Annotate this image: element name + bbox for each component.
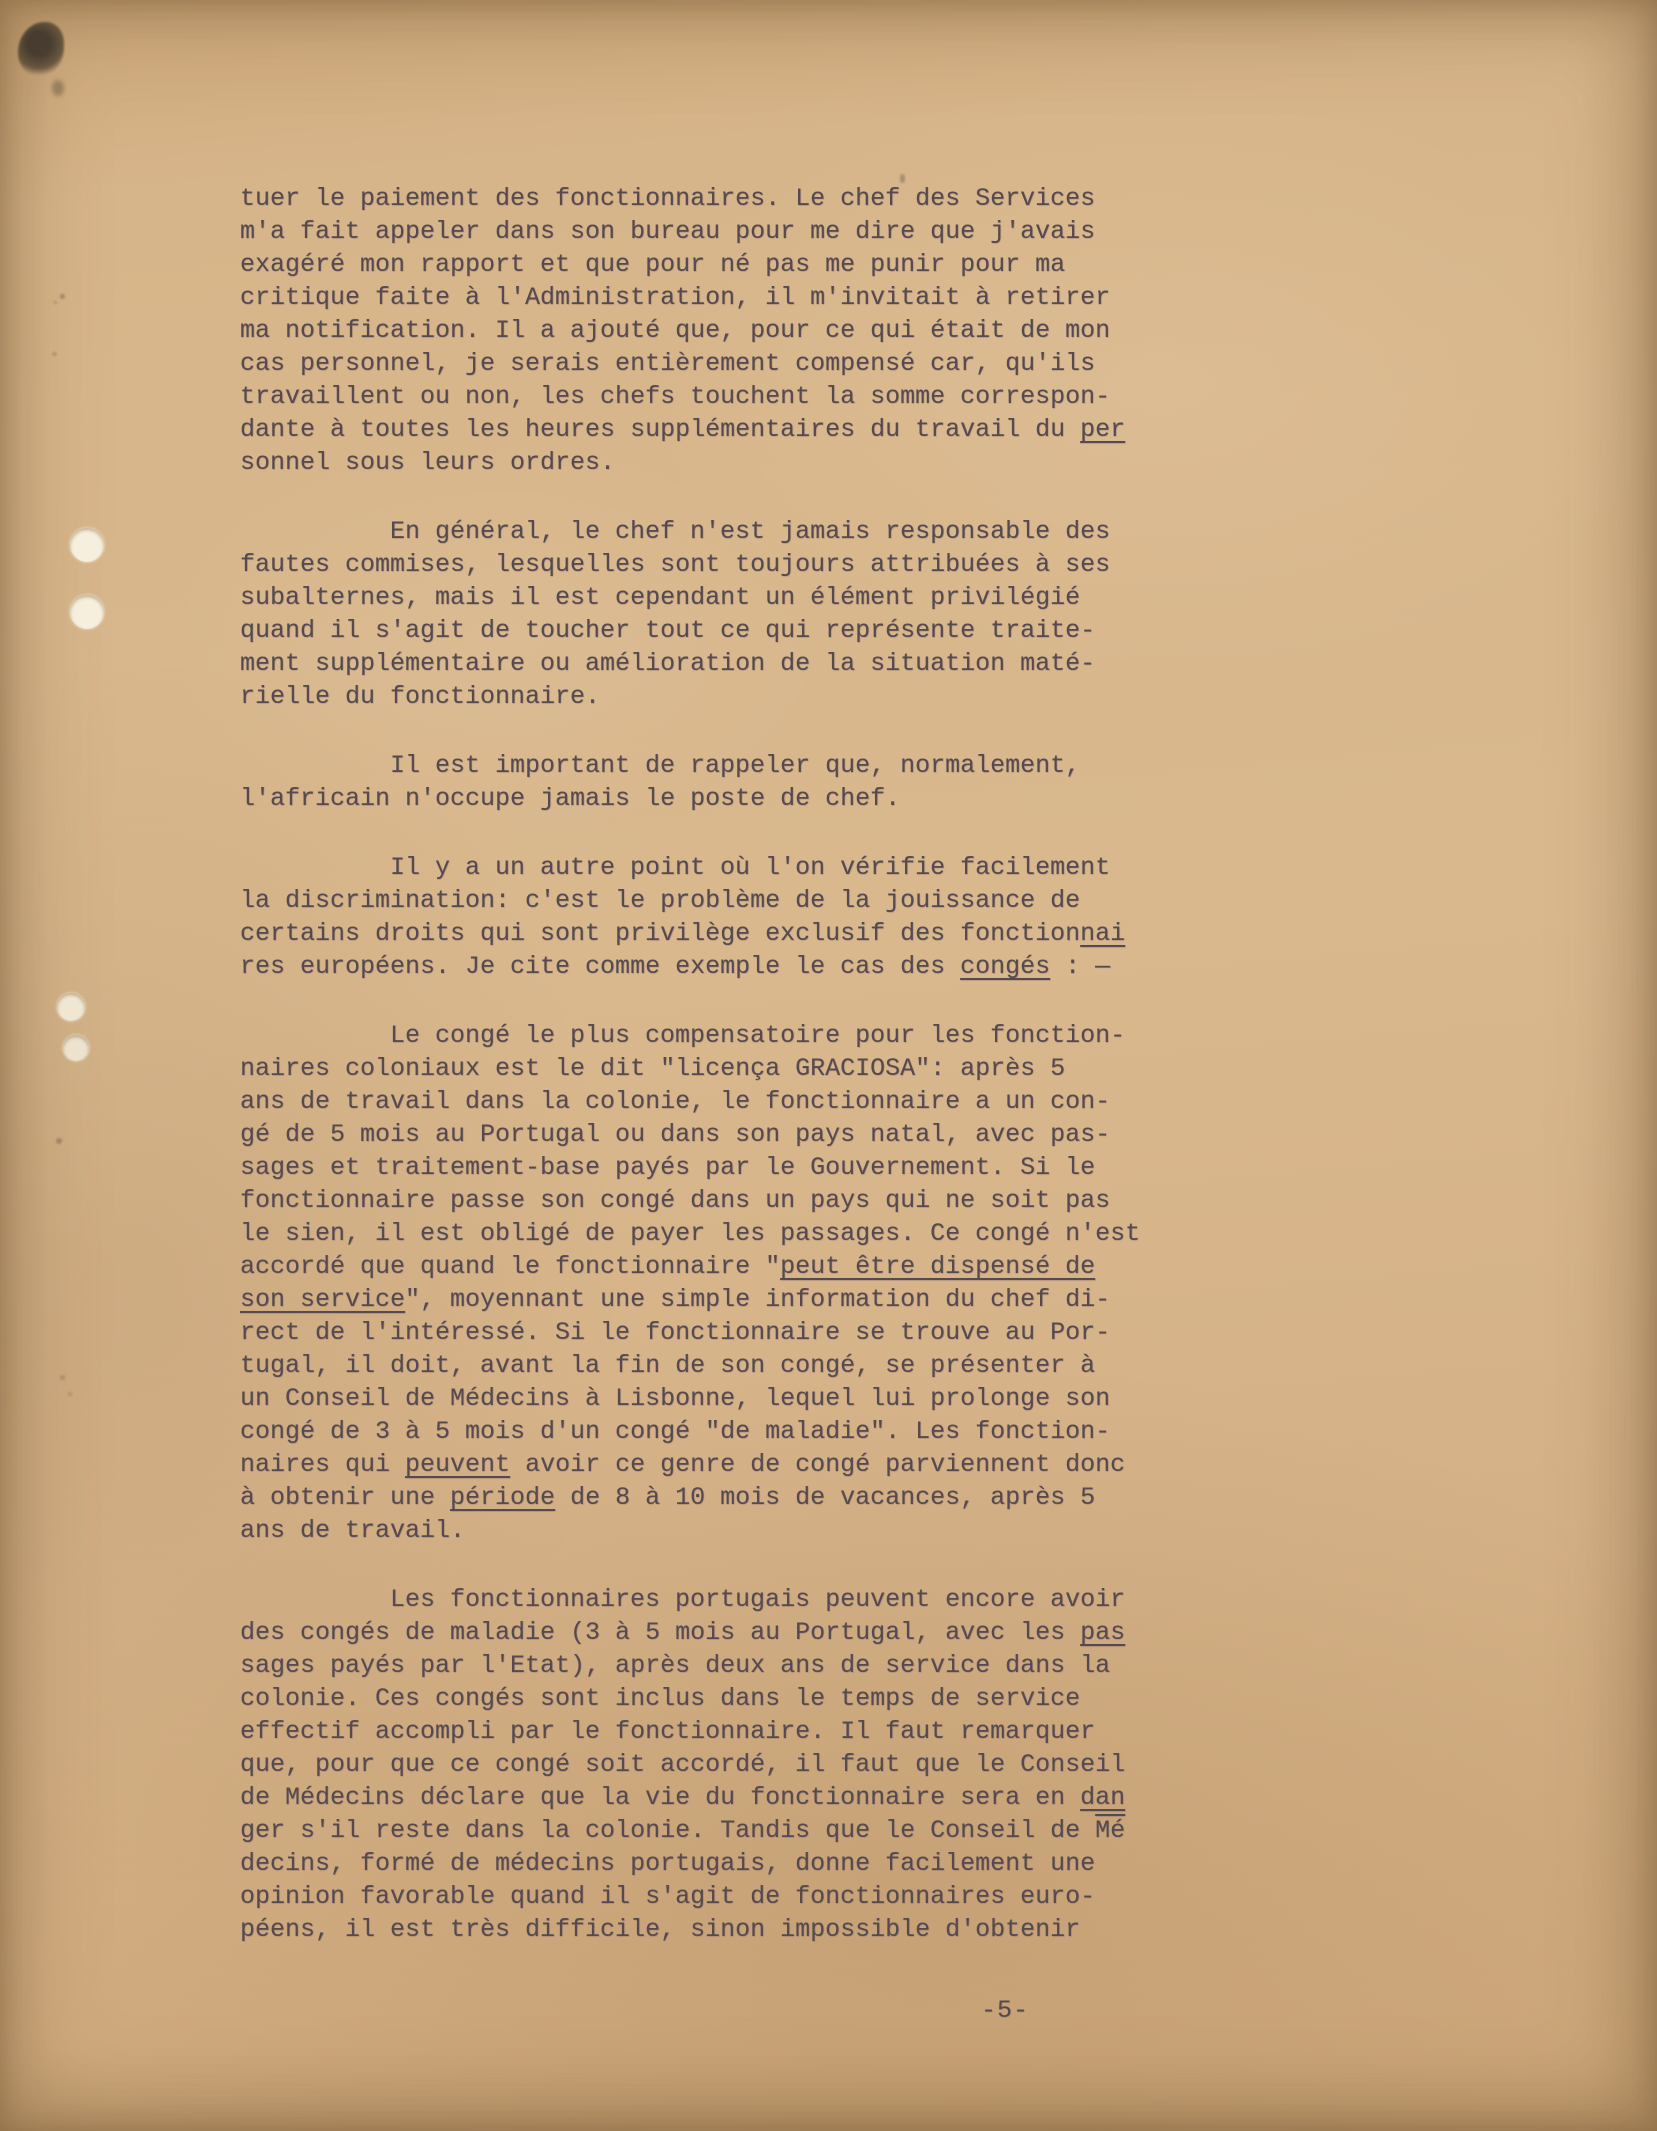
text-segment: Il y a un autre point où l'on vérifie fa… [390,853,1110,882]
typed-line: En général, le chef n'est jamais respons… [240,515,1170,548]
text-segment: ger s'il reste dans la colonie. Tandis q… [240,1816,1095,1845]
typed-line: critique faite à l'Administration, il m'… [240,281,1170,314]
typed-line: colonie. Ces congés sont inclus dans le … [240,1682,1170,1715]
paragraph: En général, le chef n'est jamais respons… [240,515,1170,713]
typed-line: sages et traitement-base payés par le Go… [240,1151,1170,1184]
underlined-text: son service [240,1285,405,1314]
text-segment: accordé que quand le fonctionnaire " [240,1252,780,1281]
text-segment: le sien, il est obligé de payer les pass… [240,1219,1140,1248]
text-segment: tuer le paiement des fonctionnaires. Le … [240,184,1095,213]
text-segment: effectif accompli par le fonctionnaire. … [240,1717,1095,1746]
typed-line: le sien, il est obligé de payer les pass… [240,1217,1170,1250]
paragraph: Il y a un autre point où l'on vérifie fa… [240,851,1170,983]
text-segment: tugal, il doit, avant la fin de son cong… [240,1351,1095,1380]
typed-line: certains droits qui sont privilège exclu… [240,917,1170,950]
scanned-document-page: tuer le paiement des fonctionnaires. Le … [0,0,1657,2131]
typed-line: son service", moyennant une simple infor… [240,1283,1170,1316]
text-segment: avoir ce genre de congé parviennent donc [510,1450,1125,1479]
paper-speck [60,1375,65,1380]
ink-stain-tail [52,80,64,96]
typed-line: ma notification. Il a ajouté que, pour c… [240,314,1170,347]
underlined-text: dan [1080,1783,1125,1812]
typed-line: ans de travail. [240,1514,1170,1547]
text-segment: dante à toutes les heures supplémentaire… [240,415,1080,444]
text-segment: fonctionnaire passe son congé dans un pa… [240,1186,1110,1215]
typed-line: Il y a un autre point où l'on vérifie fa… [240,851,1170,884]
typed-line: tuer le paiement des fonctionnaires. Le … [240,182,1170,215]
text-segment: certains droits qui sont privilège exclu… [240,919,1080,948]
typed-line: de Médecins déclare que la vie du foncti… [240,1781,1170,1814]
text-segment: : — [1050,952,1110,981]
typed-line: accordé que quand le fonctionnaire "peut… [240,1250,1170,1283]
typed-line: sages payés par l'Etat), après deux ans … [240,1649,1170,1682]
typed-line: Il est important de rappeler que, normal… [240,749,1170,782]
typed-line: ans de travail dans la colonie, le fonct… [240,1085,1170,1118]
typed-line: fautes commises, lesquelles sont toujour… [240,548,1170,581]
punch-hole [57,993,85,1021]
typed-line: quand il s'agit de toucher tout ce qui r… [240,614,1170,647]
text-segment: ans de travail dans la colonie, le fonct… [240,1087,1110,1116]
text-segment: Il est important de rappeler que, normal… [390,751,1080,780]
punch-hole [70,595,104,629]
typed-line: Le congé le plus compensatoire pour les … [240,1019,1170,1052]
text-segment: l'africain n'occupe jamais le poste de c… [240,784,900,813]
typed-line: à obtenir une période de 8 à 10 mois de … [240,1481,1170,1514]
paper-speck [52,352,57,356]
text-segment: cas personnel, je serais entièrement com… [240,349,1095,378]
ink-stain [18,22,64,76]
text-segment: fautes commises, lesquelles sont toujour… [240,550,1110,579]
typed-line: ger s'il reste dans la colonie. Tandis q… [240,1814,1170,1847]
typed-line: un Conseil de Médecins à Lisbonne, leque… [240,1382,1170,1415]
typed-line: rielle du fonctionnaire. [240,680,1170,713]
paper-speck [56,1138,62,1144]
typed-line: Les fonctionnaires portugais peuvent enc… [240,1583,1170,1616]
typed-text-block: tuer le paiement des fonctionnaires. Le … [240,182,1170,1982]
text-segment: colonie. Ces congés sont inclus dans le … [240,1684,1080,1713]
paragraph: Les fonctionnaires portugais peuvent enc… [240,1583,1170,1946]
text-segment: naires qui [240,1450,405,1479]
typed-line: fonctionnaire passe son congé dans un pa… [240,1184,1170,1217]
paper-speck [68,1392,72,1396]
typed-line: decins, formé de médecins portugais, don… [240,1847,1170,1880]
typed-line: travaillent ou non, les chefs touchent l… [240,380,1170,413]
typed-line: m'a fait appeler dans son bureau pour me… [240,215,1170,248]
text-segment: rect de l'intéressé. Si le fonctionnaire… [240,1318,1110,1347]
text-segment: de Médecins déclare que la vie du foncti… [240,1783,1080,1812]
text-segment: opinion favorable quand il s'agit de fon… [240,1882,1095,1911]
typed-line: l'africain n'occupe jamais le poste de c… [240,782,1170,815]
typed-line: rect de l'intéressé. Si le fonctionnaire… [240,1316,1170,1349]
typed-line: cas personnel, je serais entièrement com… [240,347,1170,380]
typed-line: que, pour que ce congé soit accordé, il … [240,1748,1170,1781]
underlined-text: nai [1080,919,1125,948]
text-segment: à obtenir une [240,1483,450,1512]
text-segment: Le congé le plus compensatoire pour les … [390,1021,1125,1050]
text-segment: naires coloniaux est le dit "licença GRA… [240,1054,1065,1083]
text-segment: sonnel sous leurs ordres. [240,448,615,477]
text-segment: des congés de maladie (3 à 5 mois au Por… [240,1618,1080,1647]
text-segment: que, pour que ce congé soit accordé, il … [240,1750,1125,1779]
text-segment: sages et traitement-base payés par le Go… [240,1153,1095,1182]
text-segment: travaillent ou non, les chefs touchent l… [240,382,1110,411]
paragraph: tuer le paiement des fonctionnaires. Le … [240,182,1170,479]
text-segment: exagéré mon rapport et que pour né pas m… [240,250,1065,279]
text-segment: la discrimination: c'est le problème de … [240,886,1080,915]
underlined-text: congés [960,952,1050,981]
overlined-text: Mé [1095,1816,1125,1845]
paper-speck [54,301,57,304]
paragraph: Le congé le plus compensatoire pour les … [240,1019,1170,1547]
typed-line: subalternes, mais il est cependant un él… [240,581,1170,614]
text-segment: subalternes, mais il est cependant un él… [240,583,1080,612]
typed-line: la discrimination: c'est le problème de … [240,884,1170,917]
typed-line: naires qui peuvent avoir ce genre de con… [240,1448,1170,1481]
punch-hole [70,528,104,562]
typed-line: effectif accompli par le fonctionnaire. … [240,1715,1170,1748]
text-segment: un Conseil de Médecins à Lisbonne, leque… [240,1384,1110,1413]
text-segment: ans de travail. [240,1516,465,1545]
paragraph: Il est important de rappeler que, normal… [240,749,1170,815]
text-segment: de 8 à 10 mois de vacances, après 5 [555,1483,1095,1512]
typed-line: naires coloniaux est le dit "licença GRA… [240,1052,1170,1085]
text-segment: critique faite à l'Administration, il m'… [240,283,1110,312]
text-segment: m'a fait appeler dans son bureau pour me… [240,217,1095,246]
typed-line: péens, il est très difficile, sinon impo… [240,1913,1170,1946]
typed-line: congé de 3 à 5 mois d'un congé "de malad… [240,1415,1170,1448]
text-segment: En général, le chef n'est jamais respons… [390,517,1110,546]
typed-line: ment supplémentaire ou amélioration de l… [240,647,1170,680]
text-segment: ", moyennant une simple information du c… [405,1285,1110,1314]
underlined-text: pas [1080,1618,1125,1647]
text-segment: Les fonctionnaires portugais peuvent enc… [390,1585,1125,1614]
page-number: -5- [981,1996,1029,2025]
typed-line: dante à toutes les heures supplémentaire… [240,413,1170,446]
underlined-text: per [1080,415,1125,444]
typed-line: res européens. Je cite comme exemple le … [240,950,1170,983]
typed-line: tugal, il doit, avant la fin de son cong… [240,1349,1170,1382]
text-segment: ment supplémentaire ou amélioration de l… [240,649,1095,678]
text-segment: sages payés par l'Etat), après deux ans … [240,1651,1110,1680]
typed-line: gé de 5 mois au Portugal ou dans son pay… [240,1118,1170,1151]
typed-line: exagéré mon rapport et que pour né pas m… [240,248,1170,281]
text-segment: ma notification. Il a ajouté que, pour c… [240,316,1110,345]
underlined-text: période [450,1483,555,1512]
typed-line: des congés de maladie (3 à 5 mois au Por… [240,1616,1170,1649]
typed-line: sonnel sous leurs ordres. [240,446,1170,479]
text-segment: rielle du fonctionnaire. [240,682,600,711]
text-segment: res européens. Je cite comme exemple le … [240,952,960,981]
text-segment: péens, il est très difficile, sinon impo… [240,1915,1080,1944]
underlined-text: peuvent [405,1450,510,1479]
punch-hole [63,1035,89,1061]
underlined-text: peut être dispensé de [780,1252,1095,1281]
text-segment: gé de 5 mois au Portugal ou dans son pay… [240,1120,1110,1149]
typed-line: opinion favorable quand il s'agit de fon… [240,1880,1170,1913]
text-segment: congé de 3 à 5 mois d'un congé "de malad… [240,1417,1110,1446]
text-segment: quand il s'agit de toucher tout ce qui r… [240,616,1095,645]
paper-speck [60,294,65,299]
text-segment: decins, formé de médecins portugais, don… [240,1849,1095,1878]
